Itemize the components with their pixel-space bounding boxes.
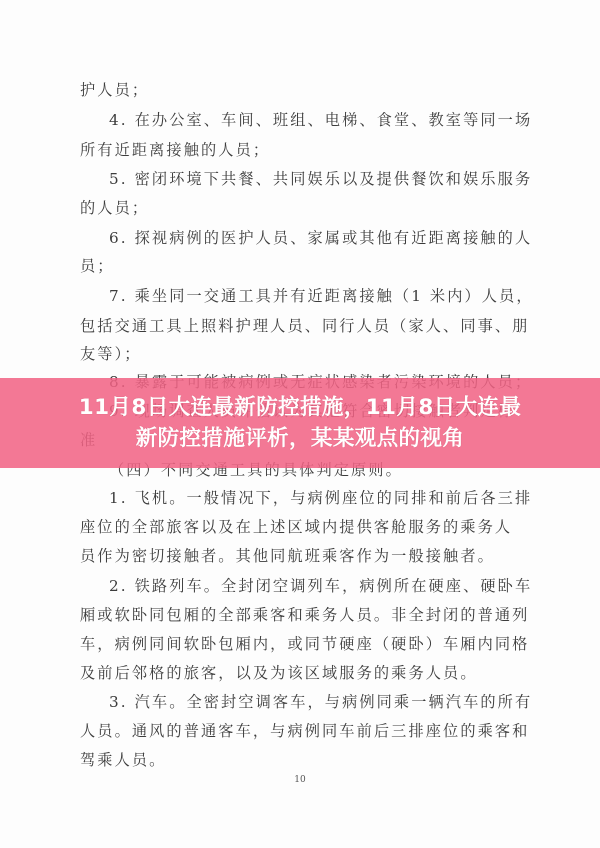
document-line: 座位的全部旅客以及在上述区域内提供客舱服务的乘务人: [80, 513, 512, 541]
document-line: 护人员；: [80, 76, 512, 104]
document-line: 2. 铁路列车。全封闭空调列车，病例所在硬座、硬卧车: [109, 572, 512, 600]
document-line: 友等）；: [80, 340, 512, 368]
document-line: 6. 探视病例的医护人员、家属或其他有近距离接触的人: [109, 224, 512, 252]
title-banner: 11月8日大连最新防控措施，11月8日大连最 新防控措施评析，某某观点的视角: [0, 378, 600, 468]
document-line: 1. 飞机。一般情况下，与病例座位的同排和前后各三排: [109, 484, 512, 512]
banner-title-line-2: 新防控措施评析，某某观点的视角: [136, 423, 465, 454]
document-line: 4. 在办公室、车间、班组、电梯、食堂、教室等同一场: [109, 106, 512, 134]
document-line: 所有近距离接触的人员；: [80, 136, 512, 164]
document-line: 包括交通工具上照料护理人员、同行人员（家人、同事、朋: [80, 312, 512, 340]
document-line: 5. 密闭环境下共餐、共同娱乐以及提供餐饮和娱乐服务: [109, 165, 512, 193]
document-line: 车，病例同间软卧包厢内，或同节硬座（硬卧）车厢内同格: [80, 630, 512, 658]
banner-title-line-1: 11月8日大连最新防控措施，11月8日大连最: [79, 392, 522, 423]
document-line: 的人员；: [80, 194, 512, 222]
document-line: 驾乘人员。: [80, 746, 512, 774]
page-number: 10: [0, 775, 600, 785]
document-line: 厢或软卧同包厢的全部乘客和乘务人员。非全封闭的普通列: [80, 601, 512, 629]
document-line: 及前后邻格的旅客，以及为该区域服务的乘务人员。: [80, 659, 512, 687]
document-line: 员作为密切接触者。其他同航班乘客作为一般接触者。: [80, 542, 512, 570]
document-line: 人员。通风的普通客车，与病例同车前后三排座位的乘客和: [80, 717, 512, 745]
document-line: 7. 乘坐同一交通工具并有近距离接触（1 米内）人员，: [109, 282, 512, 310]
document-line: 3. 汽车。全密封空调客车，与病例同乘一辆汽车的所有: [109, 688, 512, 716]
document-line: 员；: [80, 252, 512, 280]
